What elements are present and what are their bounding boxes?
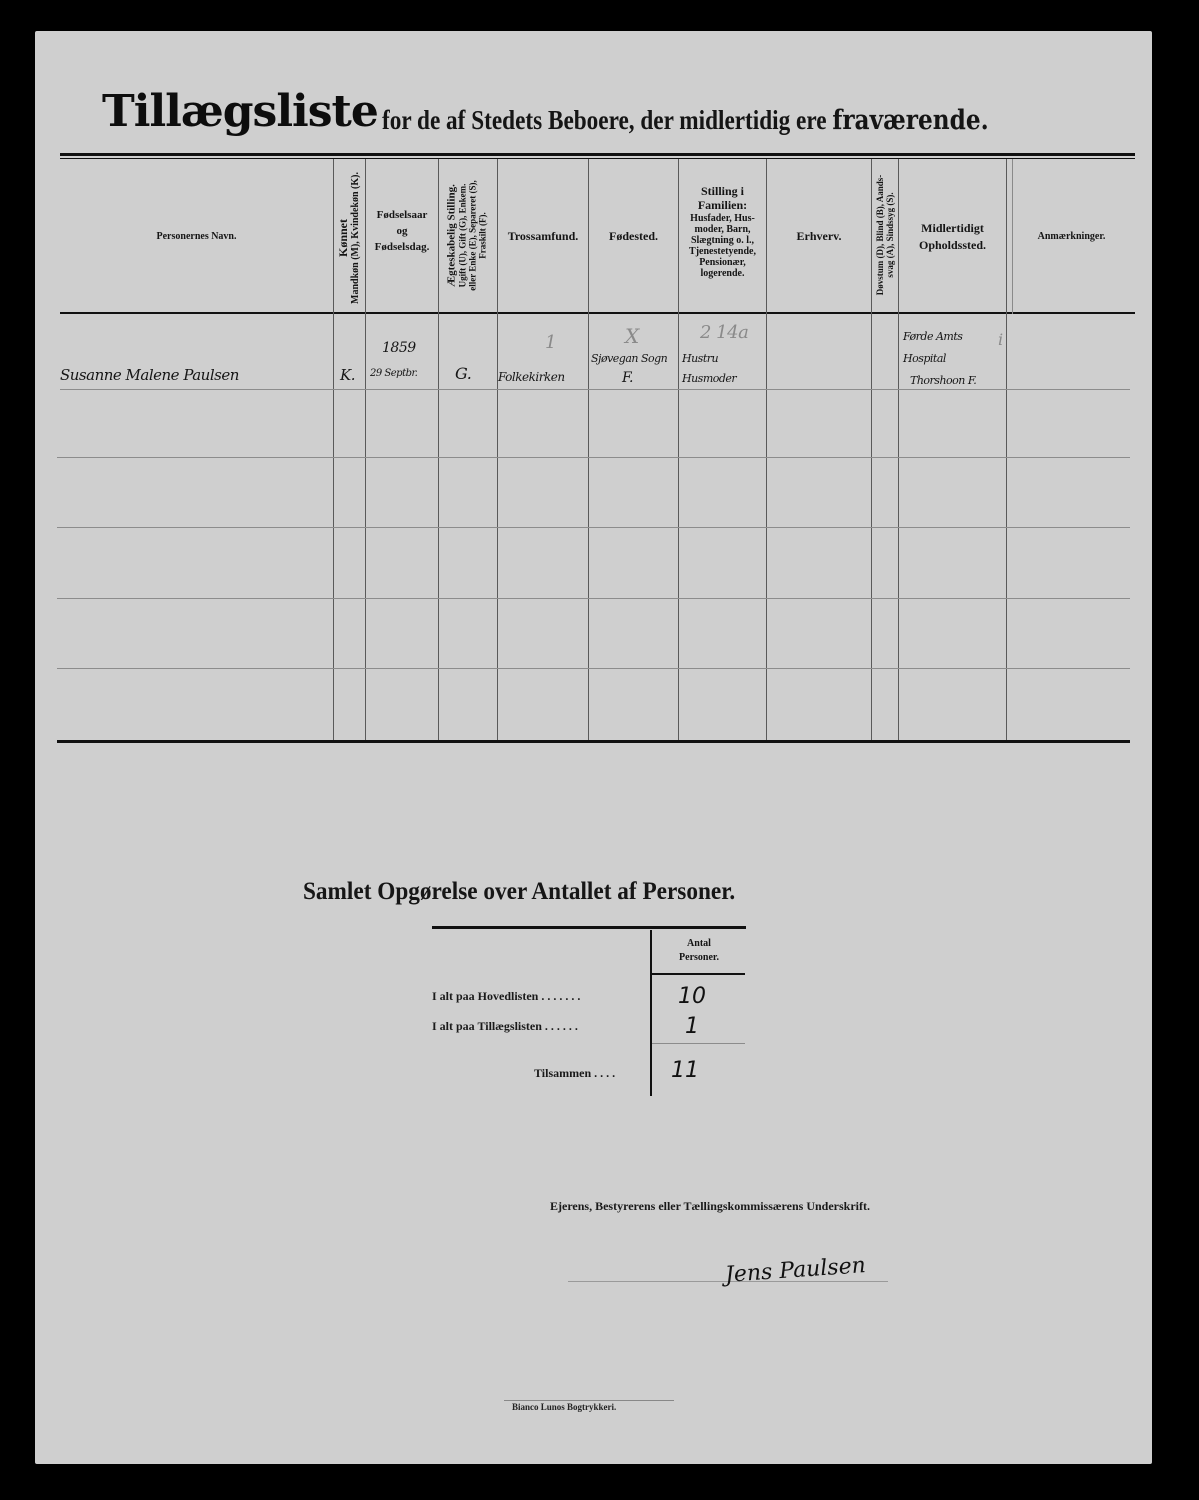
cell-birth-year: 1859 xyxy=(382,340,416,356)
header-sex-line1: Kønnet xyxy=(337,162,350,314)
cell-birthplace-line1: Sjøvegan Sogn xyxy=(591,352,667,365)
summary-total-rule xyxy=(652,1043,745,1044)
column-divider xyxy=(766,159,767,740)
header-temp-residence: Midlertidigt Opholdssted. xyxy=(899,222,1006,252)
summary-label-total: Tilsammen . . . . xyxy=(534,1066,615,1081)
header-marital: Ægteskabelig Stilling. Ugift (U), Gift (… xyxy=(447,160,488,312)
summary-top-rule xyxy=(432,926,746,929)
cell-birth-day: 29 Septbr. xyxy=(370,368,417,379)
summary-value-total: 11 xyxy=(645,1058,725,1083)
form-subtitle: for de af Stedets Beboere, der midlertid… xyxy=(382,104,989,137)
cell-temp-residence-line1: Førde Amts xyxy=(903,330,962,343)
header-birth-line2: og xyxy=(366,225,438,238)
summary-column-header-line1: Antal xyxy=(653,937,745,951)
form-title: Tillægsliste xyxy=(102,86,378,138)
header-family-position: Stilling i Familien: Husfader, Hus- mode… xyxy=(679,184,766,279)
header-family-line6: Tjenestetyende, xyxy=(679,246,766,257)
header-bottom-rule xyxy=(60,312,1135,314)
header-family-line4: moder, Barn, xyxy=(679,224,766,235)
column-divider xyxy=(497,159,498,740)
column-divider xyxy=(1006,159,1007,740)
cell-birthplace-line2: F. xyxy=(622,370,633,386)
cell-family-mark: 2 14a xyxy=(700,322,748,343)
header-occupation: Erhverv. xyxy=(767,230,871,243)
column-divider xyxy=(333,159,334,740)
printer-imprint: Bianco Lunos Bogtrykkeri. xyxy=(512,1402,616,1412)
header-sex: Kønnet Mandkøn (M), Kvindekøn (K). xyxy=(337,162,361,314)
column-divider xyxy=(871,159,872,740)
cell-family-line2: Husmoder xyxy=(682,372,736,385)
header-disability: Døvstum (D), Blind (B), Aands- svag (A),… xyxy=(875,159,895,311)
signature-label: Ejerens, Bestyrerens eller Tællingskommi… xyxy=(550,1199,870,1214)
column-divider xyxy=(588,159,589,740)
summary-column-header-line2: Personer. xyxy=(653,951,745,965)
cell-temp-residence-line2: Hospital xyxy=(903,352,946,365)
header-marital-line2: Ugift (U), Gift (G), Enkem. xyxy=(458,160,468,312)
cell-religion: Folkekirken xyxy=(498,370,565,384)
header-birth-line3: Fødselsdag. xyxy=(366,241,438,254)
header-family-line5: Slægtning o. l., xyxy=(679,235,766,246)
summary-title: Samlet Opgørelse over Antallet af Person… xyxy=(303,878,735,906)
cell-family-line1: Hustru xyxy=(682,352,718,365)
summary-column-header: Antal Personer. xyxy=(653,937,745,965)
printer-rule xyxy=(504,1400,674,1401)
table-top-rule-thin xyxy=(60,158,1135,159)
header-religion: Trossamfund. xyxy=(498,230,588,243)
column-divider xyxy=(438,159,439,740)
form-subtitle-emphasis: fraværende. xyxy=(832,105,988,136)
form-subtitle-text: for de af Stedets Beboere, der midlertid… xyxy=(382,105,827,135)
header-family-line2: Familien: xyxy=(679,198,766,213)
header-family-line3: Husfader, Hus- xyxy=(679,213,766,224)
cell-temp-residence-line3: Thorshoon F. xyxy=(910,374,976,387)
table-bottom-rule xyxy=(57,740,1130,743)
header-family-line8: logerende. xyxy=(679,268,766,279)
header-marital-line4: Fraskilt (F). xyxy=(478,160,488,312)
header-birth: Fødselsaar og Fødselsdag. xyxy=(366,209,438,254)
header-disability-line2: svag (A), Sindssyg (S). xyxy=(885,159,895,311)
row-divider xyxy=(60,389,1130,390)
cell-name: Susanne Malene Paulsen xyxy=(60,366,239,384)
cell-birthplace-mark: X xyxy=(625,324,639,348)
header-temp-residence-line1: Midlertidigt xyxy=(899,222,1006,235)
cell-temp-residence-mark: i xyxy=(998,330,1003,349)
header-family-line1: Stilling i xyxy=(679,184,766,198)
header-remarks: Anmærkninger. xyxy=(1013,230,1130,243)
header-birthplace: Fødested. xyxy=(589,230,678,243)
summary-header-rule xyxy=(652,973,745,975)
summary-label-supplement-list: I alt paa Tillægslisten . . . . . . xyxy=(432,1019,578,1034)
header-sex-line2: Mandkøn (M), Kvindekøn (K). xyxy=(350,162,361,314)
header-marital-line3: eller Enke (E), Separeret (S), xyxy=(468,160,478,312)
cell-sex: K. xyxy=(340,366,355,384)
summary-label-main-list: I alt paa Hovedlisten . . . . . . . xyxy=(432,989,580,1004)
header-disability-line1: Døvstum (D), Blind (B), Aands- xyxy=(875,159,885,311)
cell-religion-mark: 1 xyxy=(545,332,556,353)
row-divider xyxy=(57,457,1130,458)
header-temp-residence-line2: Opholdssted. xyxy=(899,239,1006,252)
summary-value-supplement-list: 1 xyxy=(652,1014,732,1039)
row-divider xyxy=(57,598,1130,599)
summary-value-main-list: 10 xyxy=(652,984,732,1009)
table-top-rule xyxy=(60,153,1135,156)
header-birth-line1: Fødselsaar xyxy=(366,209,438,222)
row-divider xyxy=(57,527,1130,528)
row-divider xyxy=(57,668,1130,669)
header-name: Personernes Navn. xyxy=(60,230,333,243)
cell-marital: G. xyxy=(455,364,471,383)
header-marital-line1: Ægteskabelig Stilling. xyxy=(447,160,458,312)
header-family-line7: Pensionær, xyxy=(679,257,766,268)
